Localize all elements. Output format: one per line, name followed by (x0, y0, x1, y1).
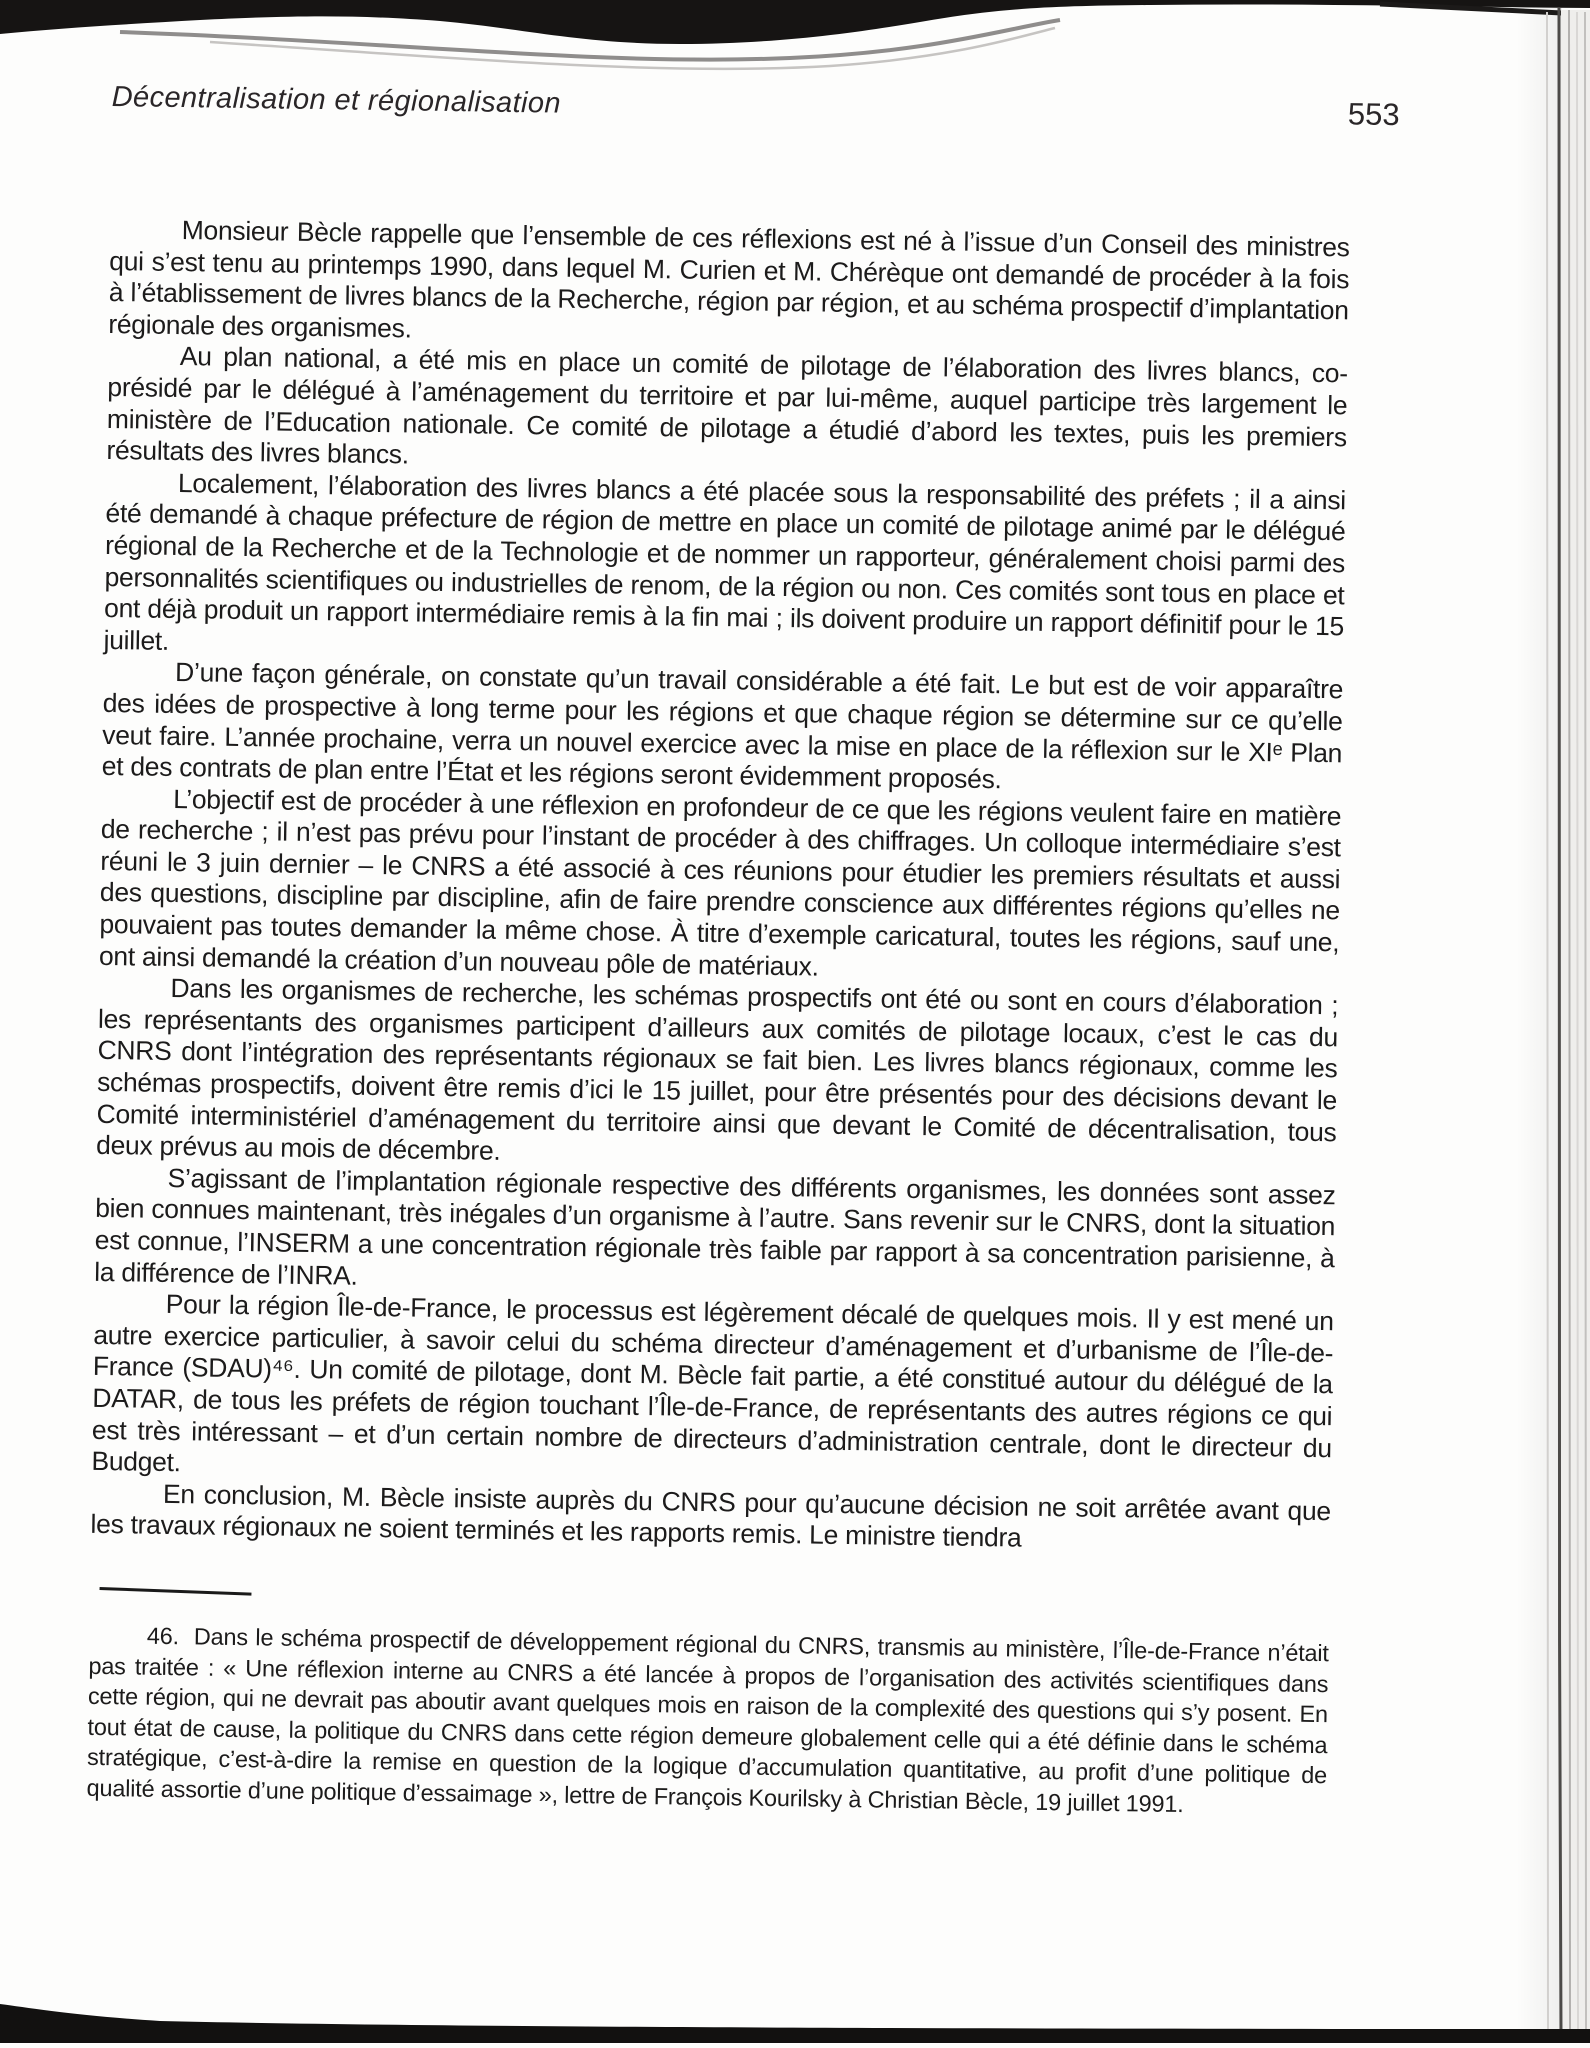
paragraph: Au plan national, a été mis en place un … (106, 340, 1348, 485)
footnote-text: Dans le schéma prospectif de développeme… (86, 1623, 1329, 1817)
footnote: 46. Dans le schéma prospectif de dévelop… (86, 1620, 1329, 1822)
scanned-book-page: Décentralisation et régionalisation 553 … (0, 0, 1590, 2048)
paragraph: Pour la région Île-de-France, le process… (91, 1288, 1334, 1496)
paragraph: D’une façon générale, on constate qu’un … (102, 656, 1344, 801)
footnote-number: 46. (147, 1623, 179, 1649)
footnote-divider (100, 1587, 252, 1596)
running-header: Décentralisation et régionalisation 553 (111, 78, 1399, 133)
body-text: Monsieur Bècle rappelle que l’ensemble d… (90, 214, 1350, 1559)
paragraph: Dans les organismes de recherche, les sc… (96, 972, 1339, 1180)
paragraph: Monsieur Bècle rappelle que l’ensemble d… (108, 214, 1350, 359)
page-title: Décentralisation et régionalisation (111, 81, 561, 121)
paragraph: Localement, l’élaboration des livres bla… (103, 467, 1346, 675)
scan-top-edge (0, 0, 1590, 69)
page-content: Décentralisation et régionalisation 553 … (86, 78, 1351, 1822)
scan-bottom-edge (0, 2004, 1590, 2048)
paragraph: L’objectif est de procéder à une réflexi… (99, 783, 1342, 991)
page-edge-shading (1516, 0, 1562, 2048)
page-number: 553 (1348, 96, 1400, 133)
paragraph: S’agissant de l’implantation régionale r… (94, 1162, 1336, 1307)
